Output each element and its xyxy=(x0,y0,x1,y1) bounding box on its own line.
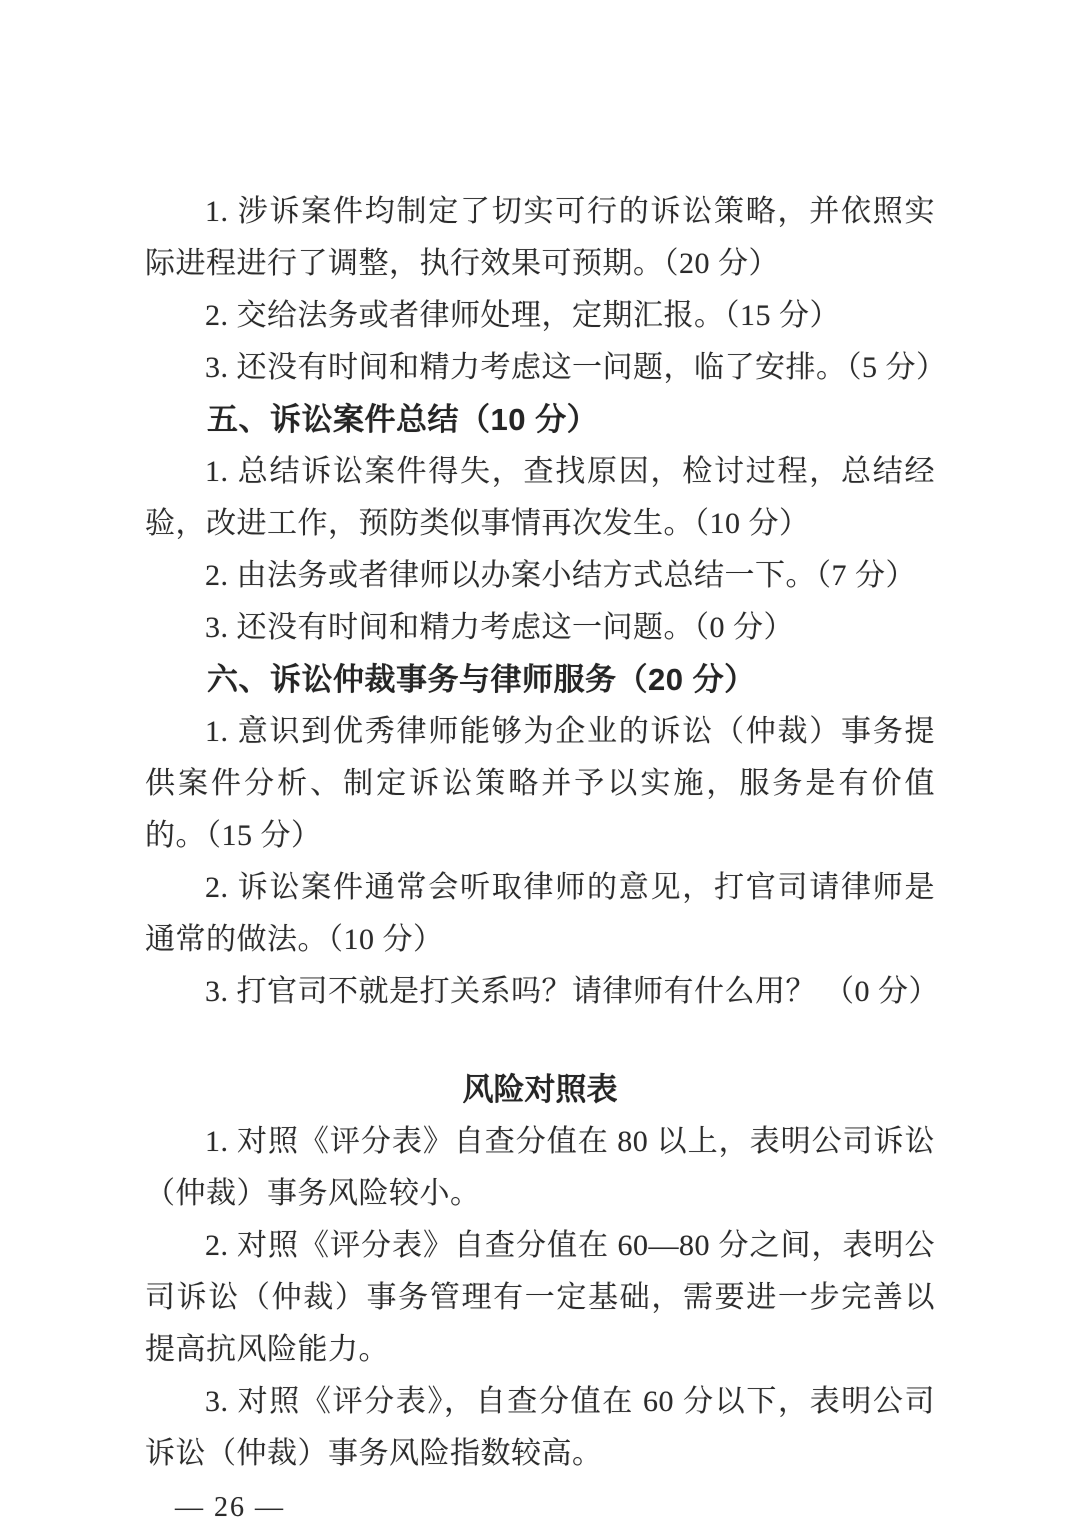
paragraph-delegate-lawyer-15: 2. 交给法务或者律师处理，定期汇报。（15 分） xyxy=(145,290,935,342)
paragraph-listen-lawyer-10: 2. 诉讼案件通常会听取律师的意见，打官司请律师是通常的做法。（10 分） xyxy=(145,862,935,966)
paragraph-no-time-5: 3. 还没有时间和精力考虑这一问题，临了安排。（5 分） xyxy=(145,342,935,394)
paragraph-lawyer-value-15: 1. 意识到优秀律师能够为企业的诉讼（仲裁）事务提供案件分析、制定诉讼策略并予以… xyxy=(145,706,935,862)
risk-comparison-table-heading: 风险对照表 xyxy=(145,1064,935,1116)
paragraph-litigation-strategy-20: 1. 涉诉案件均制定了切实可行的诉讼策略，并依照实际进程进行了调整，执行效果可预… xyxy=(145,186,935,290)
paragraph-lawyer-case-note-7: 2. 由法务或者律师以办案小结方式总结一下。（7 分） xyxy=(145,550,935,602)
section-heading-6-arbitration-lawyer-services: 六、诉讼仲裁事务与律师服务（20 分） xyxy=(145,654,935,706)
section-heading-5-case-summary: 五、诉讼案件总结（10 分） xyxy=(145,394,935,446)
paragraph-lawsuit-connections-0: 3. 打官司不就是打关系吗？请律师有什么用？ （0 分） xyxy=(145,966,935,1018)
page-number: — 26 — xyxy=(175,1488,935,1527)
paragraph-summarize-cases-10: 1. 总结诉讼案件得失，查找原因，检讨过程，总结经验，改进工作，预防类似事情再次… xyxy=(145,446,935,550)
paragraph-risk-above-80: 1. 对照《评分表》自查分值在 80 以上，表明公司诉讼（仲裁）事务风险较小。 xyxy=(145,1116,935,1220)
paragraph-risk-below-60: 3. 对照《评分表》，自查分值在 60 分以下，表明公司诉讼（仲裁）事务风险指数… xyxy=(145,1376,935,1480)
paragraph-no-time-0: 3. 还没有时间和精力考虑这一问题。（0 分） xyxy=(145,602,935,654)
paragraph-risk-60-80: 2. 对照《评分表》自查分值在 60—80 分之间，表明公司诉讼（仲裁）事务管理… xyxy=(145,1220,935,1376)
document-page: 1. 涉诉案件均制定了切实可行的诉讼策略，并依照实际进程进行了调整，执行效果可预… xyxy=(0,0,1080,1527)
